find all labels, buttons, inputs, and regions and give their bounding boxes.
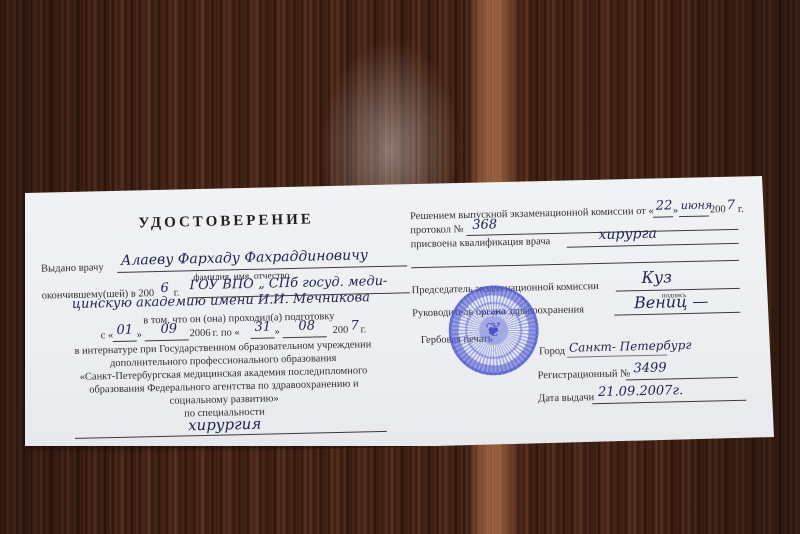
decision-label: Решением выпускной экзаменационной комис… (410, 206, 654, 223)
city-label: Город (539, 346, 565, 358)
decision-day: 22 (656, 198, 673, 213)
period-to-suffix: г. (360, 324, 366, 335)
period-from-month: 09 (160, 322, 177, 337)
period-to-month: 08 (298, 318, 315, 333)
reg-label: Регистрационный № (538, 368, 631, 381)
decision-mid: » (673, 205, 678, 216)
issue-date-value: 21.09.2007г. (598, 383, 683, 400)
decision-year-digit: 7 (727, 198, 736, 213)
period-to-mid: » (274, 326, 279, 337)
period-to-year-digit: 7 (350, 318, 359, 333)
decision-suffix: г. (738, 204, 744, 215)
protocol-number: 368 (472, 217, 497, 233)
period-from-month-line (145, 339, 189, 341)
certificate-title: УДОСТОВЕРЕНИЕ (116, 211, 336, 233)
period-to-day-line (251, 337, 275, 339)
qualification-line-2 (411, 260, 739, 268)
decision-year-prefix: 200 (710, 204, 726, 215)
issued-to-value: Алаеву Фархаду Фахраддиновичу (121, 247, 368, 269)
qualification-line (567, 243, 739, 248)
reg-line (626, 377, 738, 381)
eagle-emblem-icon: ❦ (480, 316, 507, 345)
certificate-content: УДОСТОВЕРЕНИЕ Выдано врачу Алаеву Фархад… (25, 159, 780, 458)
reg-number: 3499 (633, 360, 666, 376)
period-to-month-line (283, 336, 327, 338)
period-to-year-prefix: 200 (332, 325, 348, 336)
period-to-prefix: г. по « (212, 327, 239, 339)
chairman-signature: Куз (641, 267, 672, 287)
decision-day-line (653, 216, 673, 217)
city-value: Санкт- Петербург (569, 338, 692, 355)
qualification-label: присвоена квалификация врача (411, 236, 551, 250)
period-to-day: 31 (254, 319, 271, 334)
period-from-year: 2006 (189, 328, 210, 339)
protocol-label: протокол № (410, 224, 463, 236)
decision-month-line (679, 215, 709, 217)
head-line (614, 312, 740, 316)
qualification-value: хирурга (598, 226, 657, 243)
period-from-day-line (113, 341, 137, 343)
official-seal: РОСЗДРАВ ❦ (448, 284, 540, 376)
issue-date-label: Дата выдачи (538, 392, 594, 404)
city-line (567, 354, 667, 357)
period-from-day: 01 (116, 323, 133, 338)
period-from-prefix: с « (101, 330, 114, 341)
issued-to-label: Выдано врачу (41, 262, 104, 274)
decision-month: июня (681, 198, 713, 212)
head-signature: Вениц — (634, 292, 709, 313)
graduated-year-digit: 6 (160, 281, 169, 296)
period-from-mid: » (137, 329, 142, 340)
issue-date-line (592, 400, 746, 404)
